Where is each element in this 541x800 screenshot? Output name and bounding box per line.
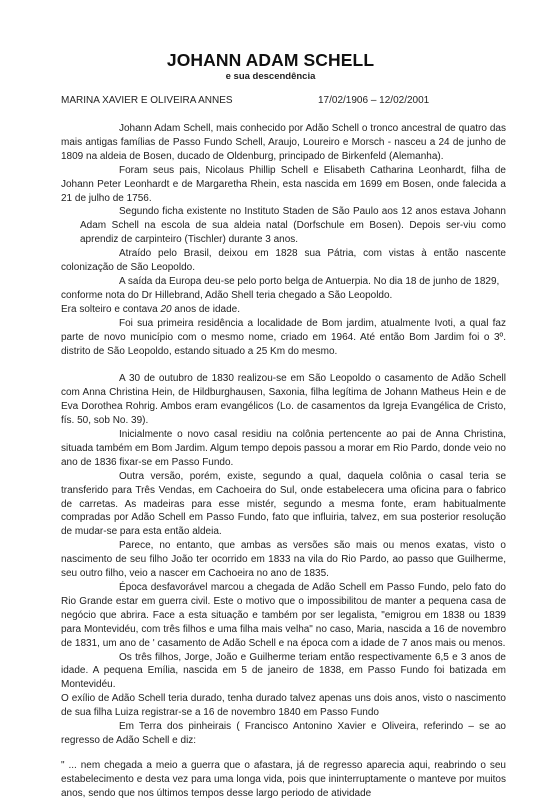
author-name: MARINA XAVIER E OLIVEIRA ANNES [61, 95, 233, 106]
paragraph-birth: Johann Adam Schell, mais conhecido por A… [61, 122, 506, 164]
paragraph-first-residence: Foi sua primeira residência a localidade… [61, 317, 506, 359]
document-title: JOHANN ADAM SCHELL [0, 50, 541, 71]
paragraph-terra-pinheirais: Em Terra dos pinheirais ( Francisco Anto… [61, 720, 506, 748]
paragraph-parents: Foram seus pais, Nicolaus Phillip Schell… [61, 164, 506, 206]
age-text-after: anos de idade. [172, 304, 240, 315]
paragraph-marriage: A 30 de outubro de 1830 realizou-se em S… [61, 372, 506, 428]
paragraph-age: Era solteiro e contava 20 anos de idade. [61, 303, 506, 317]
paragraph-initial-residence: Inicialmente o novo casal residiu na col… [61, 428, 506, 470]
paragraph-emigration: Atraído pelo Brasil, deixou em 1828 sua … [61, 247, 506, 275]
paragraph-children: Os três filhos, Jorge, João e Guilherme … [61, 651, 506, 693]
document-page: JOHANN ADAM SCHELL e sua descendência MA… [0, 0, 541, 800]
paragraph-quote: " ... nem chegada a meio a guerra que o … [61, 759, 506, 800]
paragraph-staden-record: Segundo ficha existente no Instituto Sta… [61, 205, 506, 247]
age-text-before: Era solteiro e contava [61, 304, 161, 315]
paragraph-gap [61, 748, 506, 759]
paragraph-other-version: Outra versão, porém, existe, segundo a q… [61, 470, 506, 540]
age-italic: 20 [161, 304, 172, 315]
document-subtitle: e sua descendência [0, 71, 541, 82]
paragraph-gap [61, 358, 506, 372]
document-body: Johann Adam Schell, mais conhecido por A… [61, 122, 506, 800]
paragraph-departure: A saída da Europa deu-se pelo porto belg… [61, 275, 506, 303]
author-dates: 17/02/1906 – 12/02/2001 [318, 95, 429, 106]
paragraph-civil-war: Época desfavorável marcou a chegada de A… [61, 581, 506, 651]
paragraph-both-versions: Parece, no entanto, que ambas as versões… [61, 539, 506, 581]
paragraph-exile: O exílio de Adão Schell teria durado, te… [61, 692, 506, 720]
